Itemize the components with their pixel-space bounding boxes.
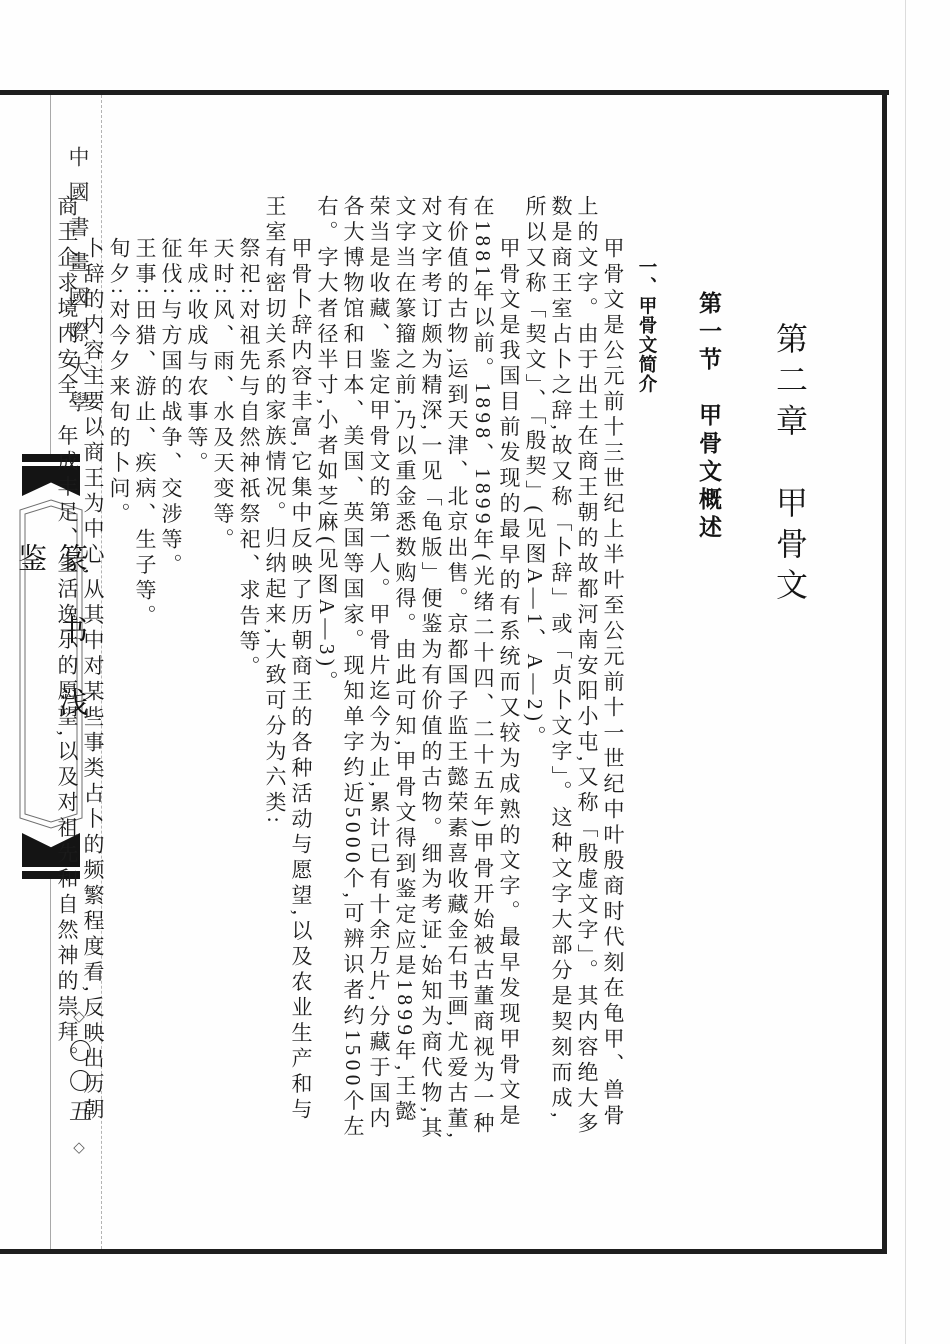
frame-right-rule <box>882 90 887 1254</box>
paragraph-content-overview: 甲骨卜辞内容丰富,它集中反映了历朝商王的各种活动与愿望,以及农业生产和与王室有密… <box>262 195 314 1143</box>
list-item-divination: 旬夕:对今夕来旬的卜问。 <box>106 195 132 1143</box>
paragraph-intro: 甲骨文是公元前十三世纪上半叶至公元前十一世纪中叶殷商时代刻在龟甲、兽骨上的文字。… <box>522 195 626 1143</box>
section-title: 第一节 甲骨文概述 <box>694 195 724 1143</box>
list-item-harvest: 年成:收成与农事等。 <box>184 195 210 1143</box>
subsection-title: 一、甲骨文简介 <box>632 195 660 1143</box>
paragraph-conclusion: 卜辞的内容主要以商王为中心,从其中对某些事类占卜的频繁程度看,反映出历朝商王企求… <box>54 195 106 1143</box>
main-text-block: 第二章 甲骨文 第一节 甲骨文概述 一、甲骨文简介 甲骨文是公元前十三世纪上半叶… <box>150 195 812 1143</box>
page-edge-line <box>905 0 906 1344</box>
book-page: 中國書畫國際大學 篆书浅鉴 ◇ 〇〇五 ◇ 第二章 甲骨文 第一节 甲骨文概述 … <box>0 0 950 1344</box>
list-item-sacrifice: 祭祀:对祖先与自然神祇祭祀、求告等。 <box>236 195 262 1143</box>
frame-top-rule <box>0 90 889 95</box>
list-item-royal-affairs: 王事:田猎、游止、疾病、生子等。 <box>132 195 158 1143</box>
frame-bottom-rule <box>0 1249 887 1254</box>
paragraph-discovery: 甲骨文是我国目前发现的最早的有系统而又较为成熟的文字。最早发现甲骨文是在1881… <box>314 195 522 1143</box>
list-item-weather: 天时:风、雨、水及天变等。 <box>210 195 236 1143</box>
chapter-title: 第二章 甲骨文 <box>768 195 812 1143</box>
list-item-war: 征伐:与方国的战争、交涉等。 <box>158 195 184 1143</box>
